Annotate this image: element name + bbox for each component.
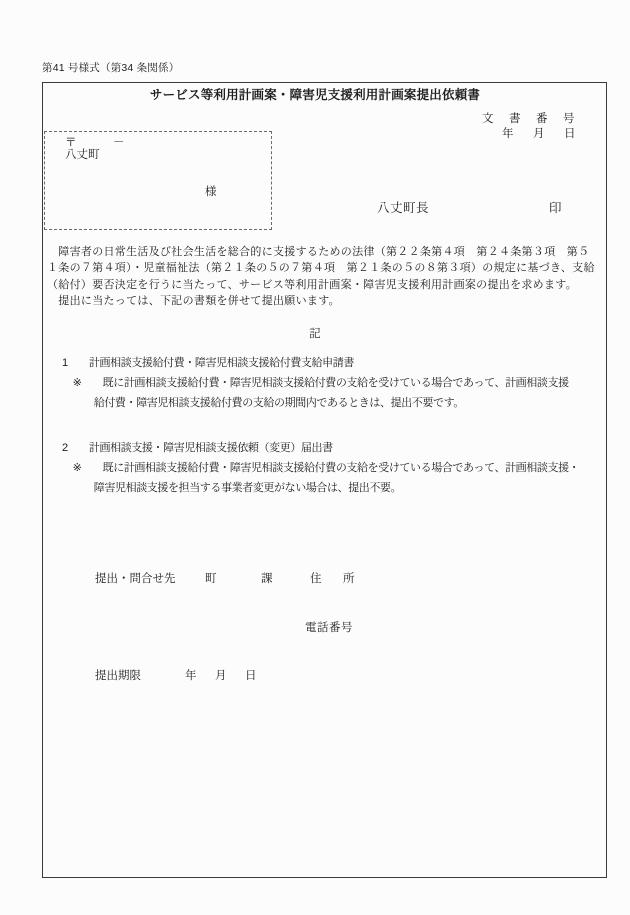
- body-paragraph: 障害者の日常生活及び社会生活を総合的に支援するための法律（第２２条第４項 第２４…: [47, 244, 607, 310]
- addressee-dashed-box: [44, 131, 272, 230]
- list-item-2: 2 計画相談支援・障害児相談支援依頼（変更）届出書 ※ 既に計画相談支援給付費・…: [62, 438, 607, 498]
- contact-address-label: 住 所: [310, 574, 360, 586]
- doc-number-label: 文 書 番 号: [482, 114, 577, 126]
- document-page: 第41 号様式（第34 条関係） サービス等利用計画案・障害児支援利用計画案提出…: [0, 0, 630, 915]
- issuer-mayor-name: 八丈町長: [377, 202, 429, 215]
- contact-town-label: 町: [205, 574, 217, 586]
- contact-label: 提出・問合せ先: [95, 574, 176, 586]
- doc-date-label: 年 月 日: [502, 129, 580, 141]
- list-heading-ki: 記: [0, 329, 630, 341]
- form-number-label: 第41 号様式（第34 条関係）: [42, 63, 179, 74]
- addressee-honorific: 様: [205, 187, 217, 199]
- list-item-1: 1 計画相談支援給付費・障害児相談支援給付費支給申請書 ※ 既に計画相談支援給付…: [62, 353, 607, 413]
- seal-placeholder: 印: [549, 202, 562, 215]
- postal-mark: 〒: [65, 138, 77, 150]
- postal-code-dash: －: [113, 138, 125, 150]
- contact-section-label: 課: [261, 574, 273, 586]
- deadline-label: 提出期限: [95, 671, 141, 683]
- form-title: サービス等利用計画案・障害児支援利用計画案提出依頼書: [0, 89, 630, 102]
- deadline-date-label: 年 月 日: [185, 671, 260, 683]
- addressee-town: 八丈町: [65, 150, 100, 162]
- phone-number-label: 電話番号: [305, 623, 353, 635]
